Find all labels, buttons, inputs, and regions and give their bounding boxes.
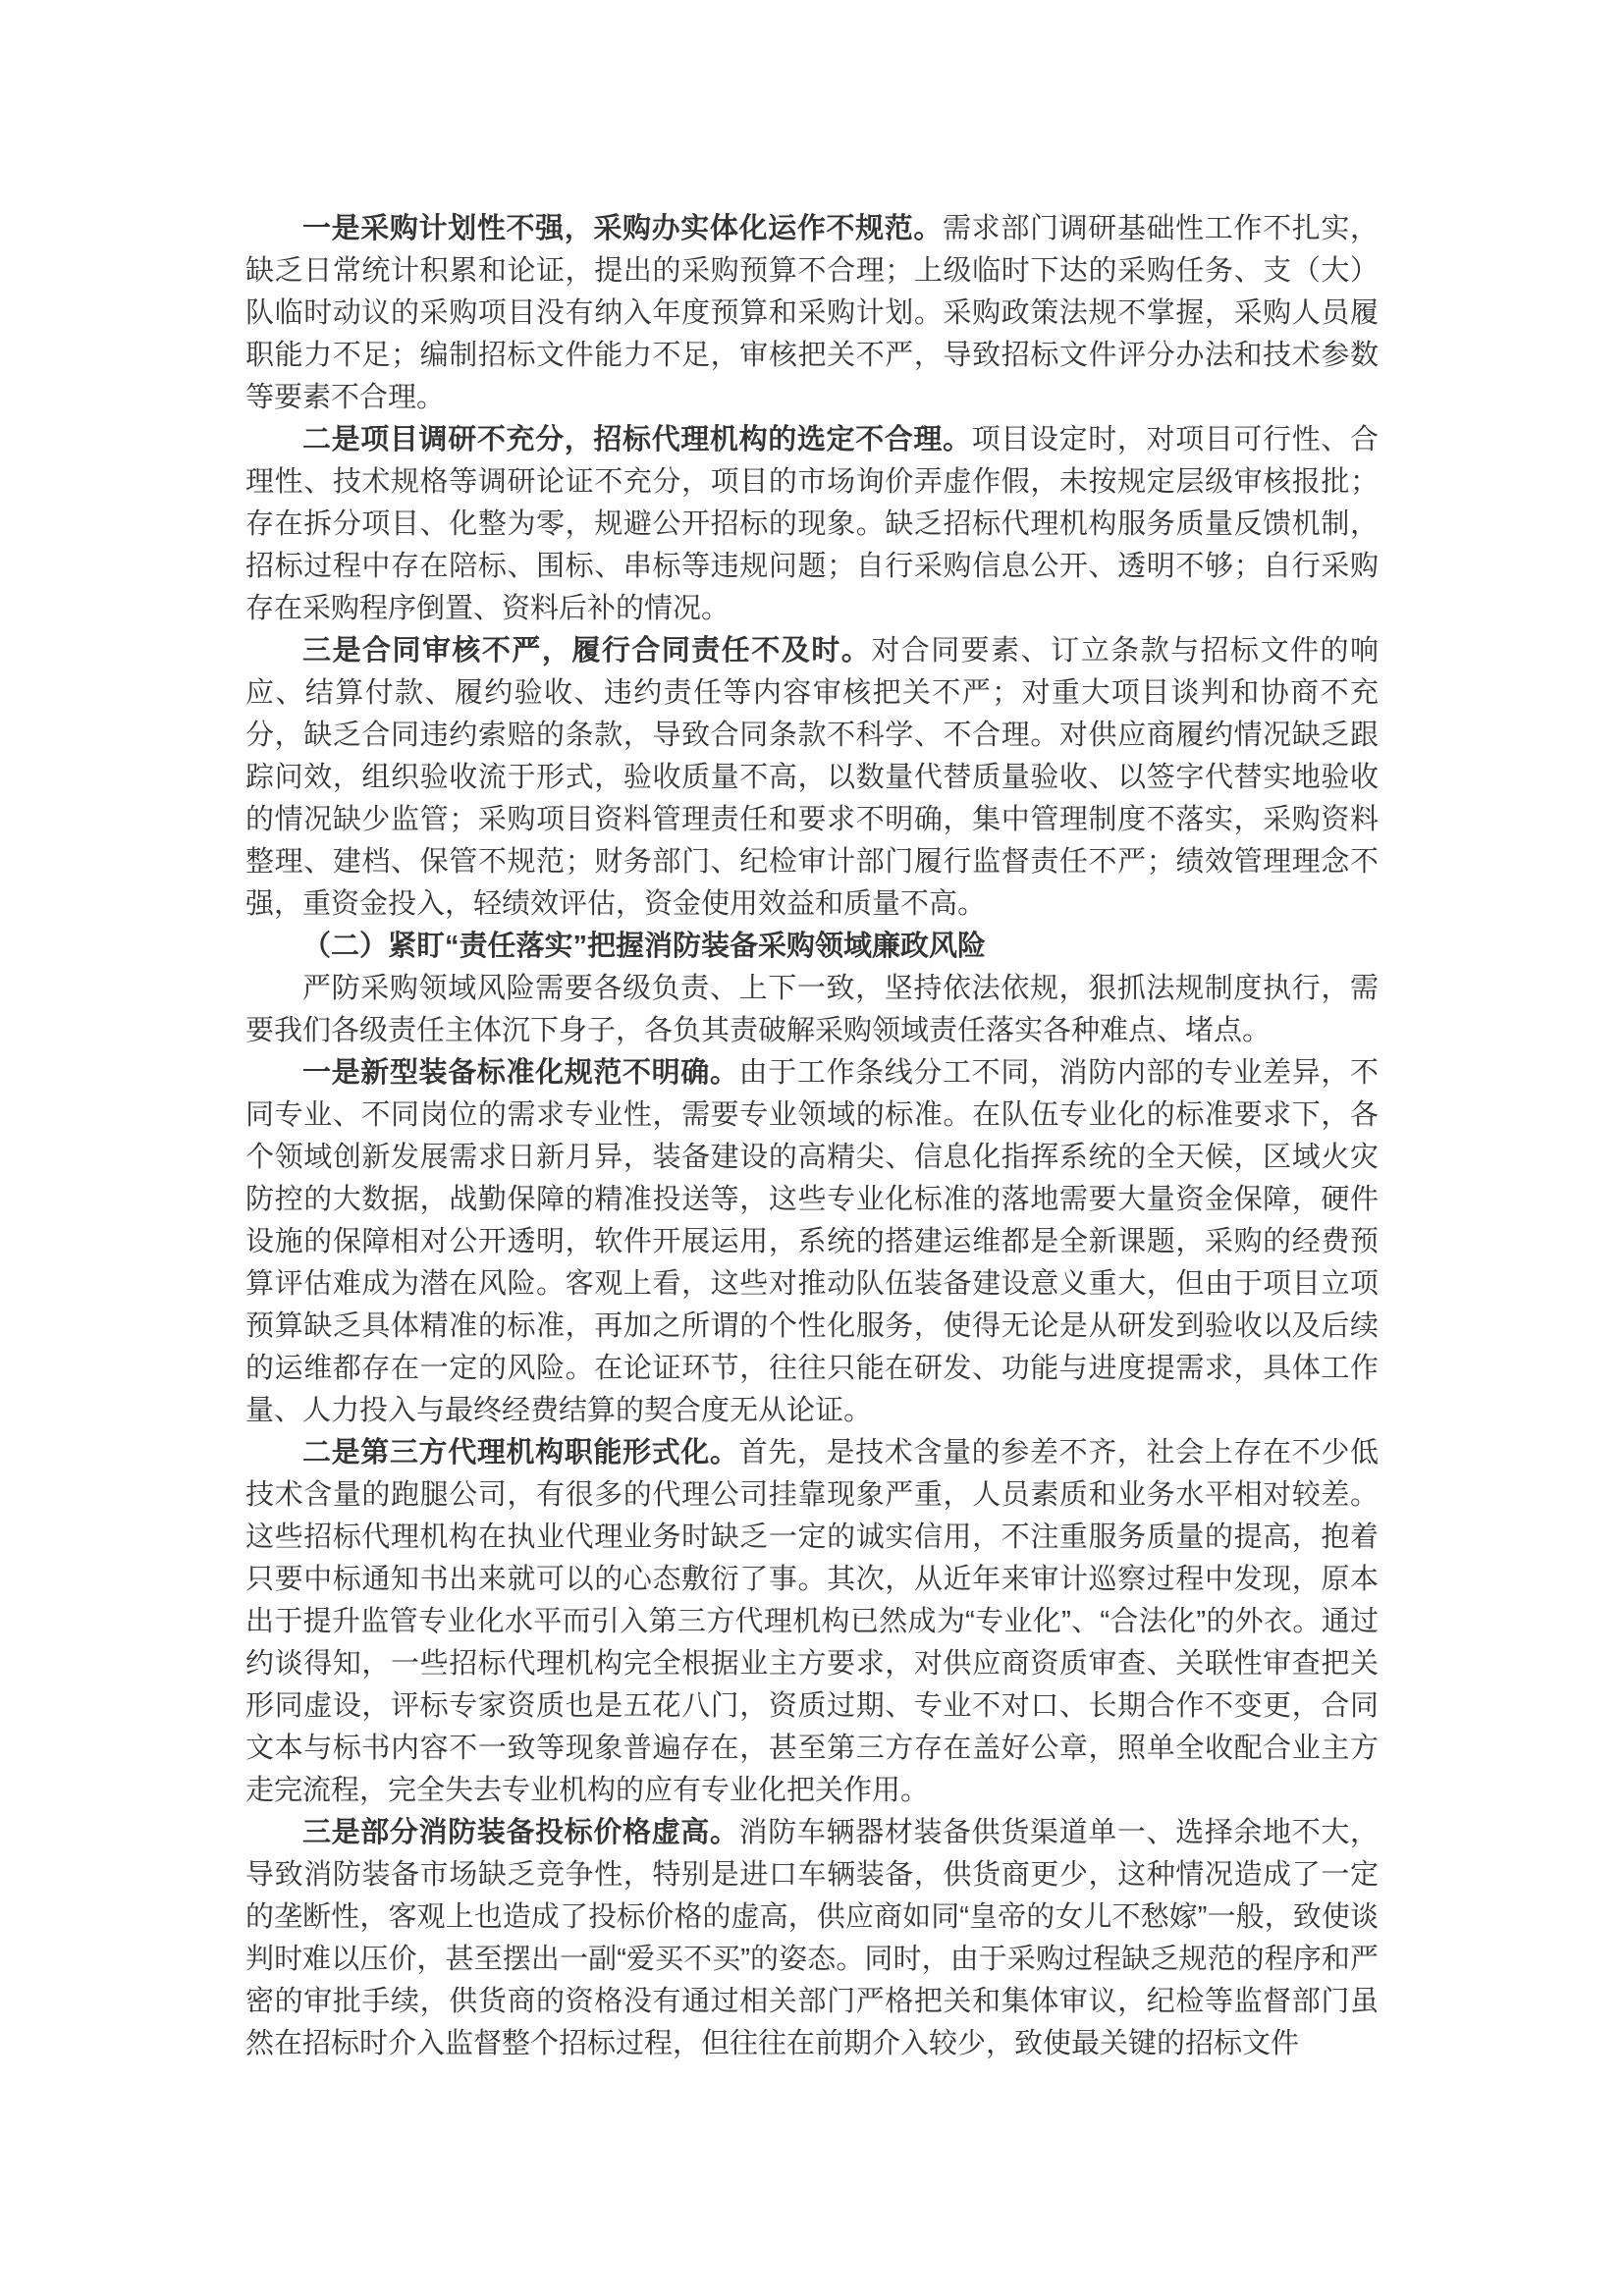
paragraph-3-lead-bold: 三是合同审核不严，履行合同责任不及时。 [302,635,871,667]
paragraph-6: 一是新型装备标准化规范不明确。由于工作条线分工不同，消防内部的专业差异，不同专业… [245,1052,1379,1432]
paragraph-7-lead-bold: 二是第三方代理机构职能形式化。 [302,1437,739,1468]
paragraph-8: 三是部分消防装备投标价格虚高。消防车辆器材装备供货渠道单一、选择余地不大，导致消… [245,1812,1379,2065]
paragraph-5-text: 严防采购领域风险需要各级负责、上下一致，坚持依法依规，狠抓法规制度执行，需要我们… [245,973,1379,1046]
paragraph-3: 三是合同审核不严，履行合同责任不及时。对合同要素、订立条款与招标文件的响应、结算… [245,630,1379,926]
paragraph-3-text: 对合同要素、订立条款与招标文件的响应、结算付款、履约验收、违约责任等内容审核把关… [245,635,1379,920]
paragraph-6-text: 由于工作条线分工不同，消防内部的专业差异，不同专业、不同岗位的需求专业性，需要专… [245,1057,1379,1426]
paragraph-8-lead-bold: 三是部分消防装备投标价格虚高。 [302,1817,739,1848]
paragraph-1: 一是采购计划性不强，采购办实体化运作不规范。需求部门调研基础性工作不扎实，缺乏日… [245,208,1379,419]
paragraph-2: 二是项目调研不充分，招标代理机构的选定不合理。项目设定时，对项目可行性、合理性、… [245,419,1379,630]
document-content: 一是采购计划性不强，采购办实体化运作不规范。需求部门调研基础性工作不扎实，缺乏日… [245,208,1379,2065]
section-heading-text: （二）紧盯“责任落实”把握消防装备采购领域廉政风险 [302,931,986,962]
paragraph-8-text: 消防车辆器材装备供货渠道单一、选择余地不大，导致消防装备市场缺乏竞争性，特别是进… [245,1817,1379,2059]
document-page: 一是采购计划性不强，采购办实体化运作不规范。需求部门调研基础性工作不扎实，缺乏日… [0,0,1624,2296]
section-heading: （二）紧盯“责任落实”把握消防装备采购领域廉政风险 [245,926,1379,968]
paragraph-2-lead-bold: 二是项目调研不充分，招标代理机构的选定不合理。 [302,424,972,455]
paragraph-7-text: 首先，是技术含量的参差不齐，社会上存在不少低技术含量的跑腿公司，有很多的代理公司… [245,1437,1379,1806]
paragraph-1-lead-bold: 一是采购计划性不强，采购办实体化运作不规范。 [302,213,943,244]
paragraph-5: 严防采购领域风险需要各级负责、上下一致，坚持依法依规，狠抓法规制度执行，需要我们… [245,968,1379,1052]
paragraph-7: 二是第三方代理机构职能形式化。首先，是技术含量的参差不齐，社会上存在不少低技术含… [245,1432,1379,1812]
paragraph-6-lead-bold: 一是新型装备标准化规范不明确。 [302,1057,739,1089]
